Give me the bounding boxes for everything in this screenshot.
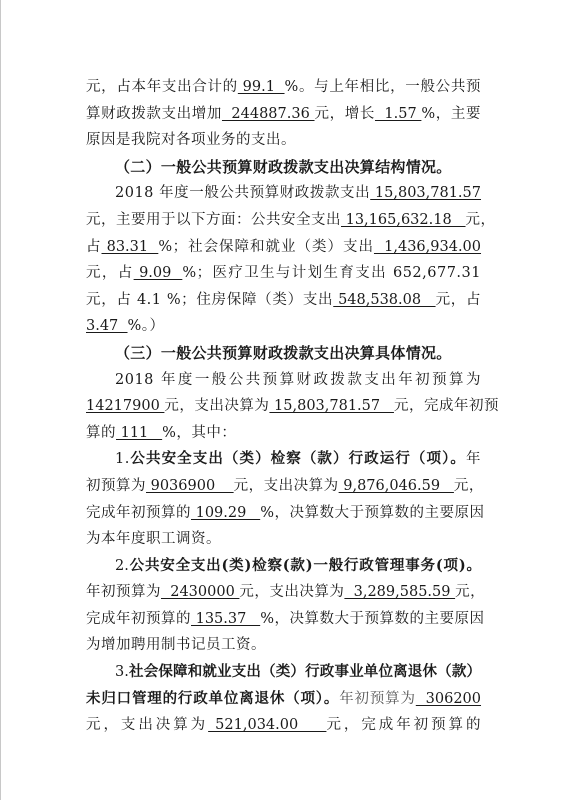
- text: %；社会保障和就业（类）支出: [158, 239, 374, 255]
- item-title-continued: 未归口管理的行政单位离退休（项）。: [86, 690, 339, 707]
- filled-value: 3,289,585.59: [344, 584, 455, 600]
- text-line: 3.47 %。）: [86, 313, 481, 340]
- text: %。）: [128, 318, 165, 334]
- item-title: 公共安全支出(类)检察(款)一般行政管理事务(项)。: [129, 557, 481, 574]
- text: 完成年初预算的: [86, 505, 191, 521]
- filled-value: 521,034.00: [208, 717, 326, 733]
- text: 为增加聘用制书记员工资。: [86, 637, 266, 653]
- filled-value: 83.31: [102, 239, 159, 255]
- text: 占: [86, 239, 102, 255]
- filled-value: 9,876,046.59: [339, 478, 454, 494]
- text: 算的: [86, 425, 116, 441]
- text: 元，: [455, 584, 485, 600]
- text-line: 未归口管理的行政单位离退休（项）。年初预算为 306200: [86, 686, 481, 713]
- text: 算财政拨款支出增加: [86, 106, 222, 122]
- text: 完成年初预算的: [86, 611, 191, 627]
- filled-value: 1,436,934.00: [374, 239, 481, 255]
- filled-value: 2430000: [161, 584, 239, 600]
- filled-value: 109.29: [191, 505, 260, 521]
- text-line: 完成年初预算的 109.29 %，决算数大于预算数的主要原因: [86, 500, 481, 527]
- text-line: 初预算为 9036900 元，支出决算为 9,876,046.59 元，: [86, 473, 481, 500]
- text-line: 为本年度职工调资。: [86, 526, 481, 553]
- filled-value: 99.1: [238, 79, 285, 95]
- filled-value: 15,803,781.57: [370, 185, 481, 201]
- text: 年: [466, 451, 481, 467]
- text-line: 完成年初预算的 135.37 %，决算数大于预算数的主要原因: [86, 606, 481, 633]
- text: 元，主要用于以下方面：公共安全支出: [86, 212, 341, 228]
- text: 元，完成年初预: [394, 398, 499, 414]
- item-title: 公共安全支出（类）检察（款）行政运行（项）。: [130, 450, 466, 467]
- item-number: 3.: [115, 664, 129, 680]
- text: 2018 年度一般公共预算财政拨款支出: [115, 185, 370, 201]
- text: 元，增长: [315, 106, 375, 122]
- item-heading-line: 3.社会保障和就业支出（类）行政事业单位离退休（款）: [86, 659, 481, 686]
- item-heading-line: 1.公共安全支出（类）检察（款）行政运行（项）。年: [86, 446, 481, 473]
- text: 元，支出决算为: [164, 398, 269, 414]
- text: 元，占: [86, 265, 134, 281]
- filled-value: 9.09: [134, 265, 183, 281]
- text-line: 元，占本年支出合计的 99.1 %。与上年相比，一般公共预: [86, 74, 481, 101]
- page-edge: [0, 0, 1, 800]
- filled-value: 9036900: [146, 478, 234, 494]
- item-number: 2.: [115, 558, 129, 574]
- item-number: 1.: [115, 451, 130, 467]
- text: 元，: [454, 478, 484, 494]
- text: 2018 年度一般公共预算财政拨款支出年初预算为: [115, 372, 481, 388]
- text: %，主要: [421, 106, 481, 122]
- text-line: 算财政拨款支出增加 244887.36 元，增长 1.57 %，主要: [86, 101, 481, 128]
- filled-value: 111: [116, 425, 162, 441]
- text: 元，: [466, 212, 496, 228]
- document-body: 元，占本年支出合计的 99.1 %。与上年相比，一般公共预 算财政拨款支出增加 …: [86, 74, 481, 739]
- filled-value: 3.47: [86, 318, 128, 334]
- text: 元，支出决算为: [86, 717, 208, 733]
- filled-value: 135.37: [191, 611, 260, 627]
- text-line: 为增加聘用制书记员工资。: [86, 632, 481, 659]
- filled-value: 13,165,632.18: [341, 212, 466, 228]
- text-line: 元，占 9.09 %；医疗卫生与计划生育支出 652,677.31: [86, 260, 481, 287]
- text-line: 元，占 4.1 %；住房保障（类）支出 548,538.08 元，占: [86, 287, 481, 314]
- filled-value: 548,538.08: [333, 292, 435, 308]
- text-line: 算的 111 %，其中：: [86, 420, 481, 447]
- text: 为本年度职工调资。: [86, 531, 221, 547]
- section-heading: （二）一般公共预算财政拨款支出决算结构情况。: [86, 154, 481, 181]
- filled-value: 1.57: [375, 106, 421, 122]
- text: 元，占: [436, 292, 481, 308]
- text: %，决算数大于预算数的主要原因: [260, 505, 484, 521]
- filled-value: 244887.36: [222, 106, 315, 122]
- text: 原因是我院对各项业务的支出。: [86, 132, 296, 148]
- filled-value: 15,803,781.57: [269, 398, 394, 414]
- text: 年初预算为: [86, 584, 161, 600]
- text: 年初预算为: [339, 691, 416, 707]
- text: 元，占本年支出合计的: [86, 79, 238, 95]
- text-line: 元，支出决算为 521,034.00 元，完成年初预算的: [86, 712, 481, 739]
- text-line: 原因是我院对各项业务的支出。: [86, 127, 481, 154]
- text-line: 2018 年度一般公共预算财政拨款支出年初预算为: [86, 367, 481, 394]
- filled-value: 14217900: [86, 398, 164, 414]
- text: %。与上年相比，一般公共预: [285, 79, 481, 95]
- text: 元，支出决算为: [234, 478, 339, 494]
- item-heading-line: 2.公共安全支出(类)检察(款)一般行政管理事务(项)。: [86, 553, 481, 580]
- filled-value: 306200: [416, 691, 481, 707]
- text: %，其中：: [162, 425, 236, 441]
- text-line: 14217900 元，支出决算为 15,803,781.57 元，完成年初预: [86, 393, 481, 420]
- text-line: 占 83.31 %；社会保障和就业（类）支出 1,436,934.00: [86, 234, 481, 261]
- text: 元，占 4.1 %；住房保障（类）支出: [86, 292, 333, 308]
- text-line: 2018 年度一般公共预算财政拨款支出 15,803,781.57: [86, 180, 481, 207]
- text-line: 元，主要用于以下方面：公共安全支出 13,165,632.18 元，: [86, 207, 481, 234]
- item-title: 社会保障和就业支出（类）行政事业单位离退休（款）: [129, 663, 481, 680]
- text: 初预算为: [86, 478, 146, 494]
- text: %，决算数大于预算数的主要原因: [260, 611, 484, 627]
- text: 元，完成年初预算的: [326, 717, 481, 733]
- text-line: 年初预算为 2430000 元，支出决算为 3,289,585.59 元，: [86, 579, 481, 606]
- section-heading: （三）一般公共预算财政拨款支出决算具体情况。: [86, 340, 481, 367]
- text: 元，支出决算为: [239, 584, 344, 600]
- text: %；医疗卫生与计划生育支出 652,677.31: [182, 265, 481, 281]
